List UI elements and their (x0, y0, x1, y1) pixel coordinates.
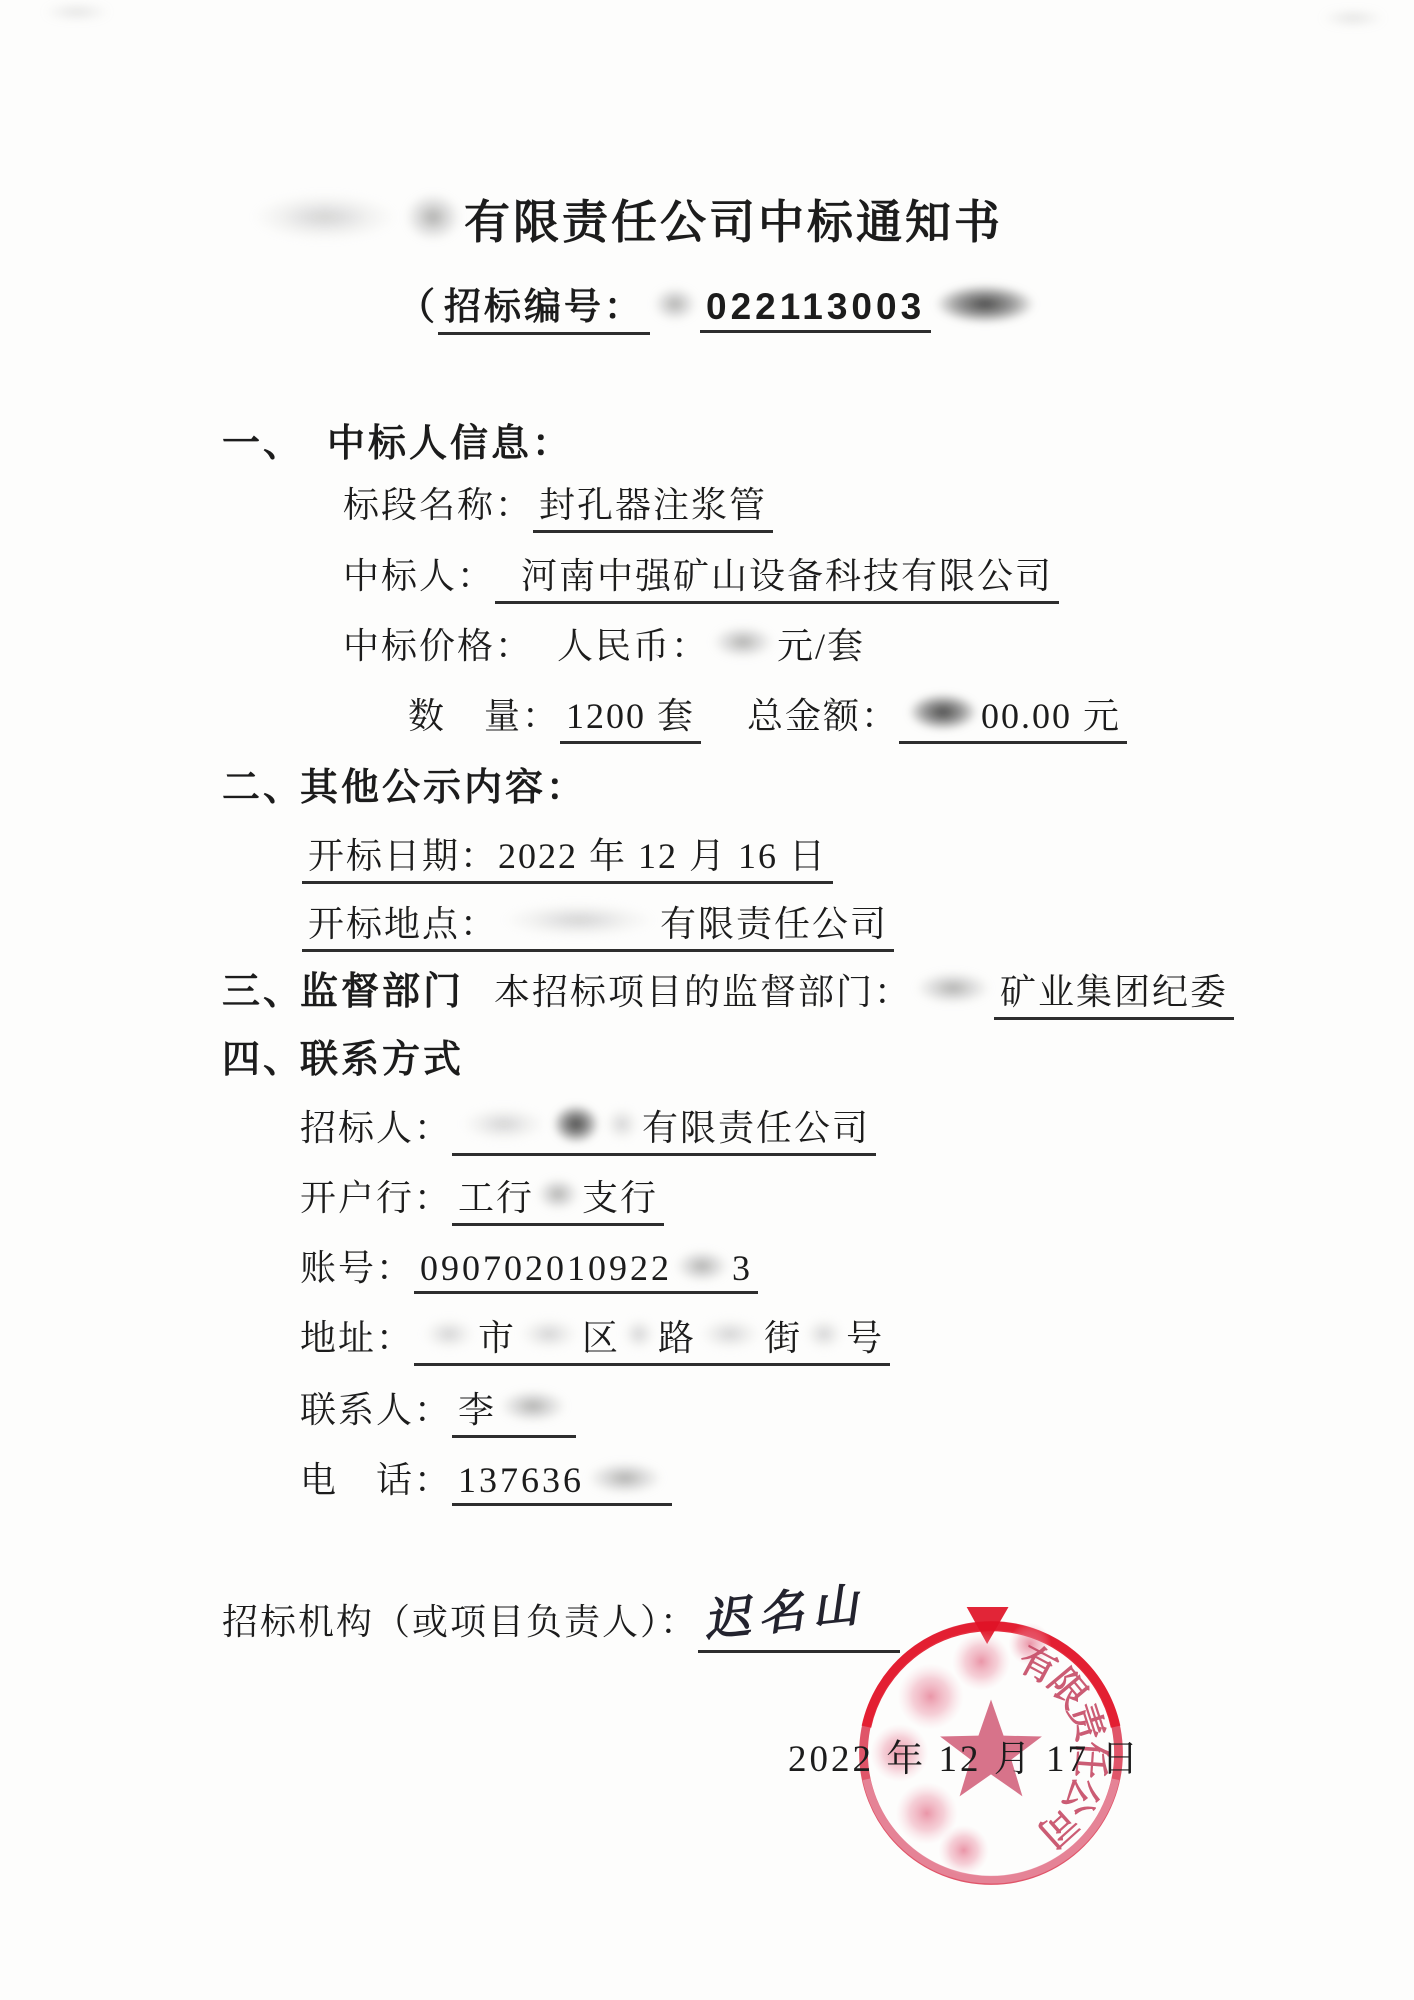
bidder-label: 招标人： (300, 1100, 452, 1151)
address-street: 街 (764, 1310, 802, 1361)
address-redaction (518, 1317, 580, 1351)
phone-value: 137636 (458, 1459, 584, 1501)
phone-row: 电 话： 137636 (300, 1452, 672, 1506)
scanned-document-page: 有限责任公司中标通知书 （ 招标编号： 022113003 一、 中标人信息： … (0, 0, 1414, 2000)
section-2-heading: 其他公示内容： (300, 756, 587, 811)
bidder-redaction (552, 1104, 600, 1144)
seal-redaction (898, 1663, 964, 1729)
lot-name-row: 标段名称： 封孔器注浆管 (343, 477, 773, 533)
winner-value: 河南中强矿山设备科技有限公司 (521, 548, 1053, 599)
contact-value: 李 (458, 1382, 496, 1433)
scan-noise (40, 4, 114, 20)
bidder-row: 招标人： 有限责任公司 (300, 1100, 876, 1156)
bank-label: 开户行： (300, 1170, 452, 1221)
tender-line: （ 招标编号： 022113003 (398, 276, 1039, 335)
address-redaction (804, 1317, 844, 1351)
section-1-heading: 中标人信息： (327, 412, 573, 467)
lot-name-label: 标段名称： (343, 477, 533, 528)
title-line: 有限责任公司中标通知书 (248, 186, 1003, 252)
bidder-redaction (460, 1106, 548, 1142)
bank-row: 开户行： 工行 支行 (300, 1170, 664, 1226)
tender-open-paren: （ (398, 276, 438, 330)
bank-value-tail: 支行 (582, 1170, 658, 1221)
open-date-label: 开标日期： (308, 828, 498, 879)
tender-redaction (933, 284, 1037, 324)
winner-row: 中标人： 河南中强矿山设备科技有限公司 (343, 548, 1059, 604)
seal-redaction (952, 1632, 1010, 1690)
winner-label: 中标人： (343, 548, 495, 599)
title-redaction (250, 192, 400, 242)
open-place-redaction (500, 902, 658, 938)
address-redaction (622, 1317, 656, 1351)
section-2-heading-line: 二、 其他公示内容： (222, 756, 587, 811)
open-date-value: 2022 年 12 月 16 日 (498, 828, 827, 879)
section-4-heading: 联系方式 (300, 1028, 464, 1083)
price-row: 中标价格： 人民币： 元/套 (343, 618, 865, 669)
signature: 迟名山 (700, 1568, 868, 1651)
total-redaction (907, 693, 979, 731)
price-unit: 元/套 (777, 618, 865, 669)
tender-number: 022113003 (706, 286, 925, 328)
quantity-label: 数 量： (408, 688, 560, 739)
section-2-number: 二、 (222, 756, 300, 811)
address-district: 区 (582, 1310, 620, 1361)
contact-row: 联系人： 李 (300, 1382, 576, 1438)
account-row: 账号： 090702010922 3 (300, 1240, 758, 1294)
supervision-value: 矿业集团纪委 (1000, 964, 1228, 1015)
bidder-value: 有限责任公司 (642, 1100, 870, 1151)
tender-redaction (652, 286, 698, 322)
phone-redaction (586, 1461, 664, 1495)
supervision-redaction (914, 971, 992, 1005)
account-tail: 3 (732, 1247, 752, 1289)
address-number: 号 (846, 1310, 884, 1361)
doc-title: 有限责任公司中标通知书 (464, 186, 1003, 252)
open-date-row: 开标日期： 2022 年 12 月 16 日 (302, 828, 833, 884)
lot-name-value: 封孔器注浆管 (539, 477, 767, 528)
section-4-heading-line: 四、 联系方式 (222, 1028, 464, 1083)
section-3-heading: 监督部门 (300, 960, 464, 1015)
address-redaction (698, 1317, 762, 1351)
address-road: 路 (658, 1310, 696, 1361)
address-row: 地址： 市 区 路 街 号 (300, 1310, 890, 1366)
tender-label: 招标编号： (444, 276, 644, 330)
section-3-line: 三、 监督部门 本招标项目的监督部门： 矿业集团纪委 (222, 960, 1234, 1020)
agency-row: 招标机构（或项目负责人）： 迟名山 (222, 1582, 900, 1653)
open-place-row: 开标地点： 有限责任公司 (302, 896, 894, 952)
address-redaction (422, 1317, 476, 1351)
contact-redaction (498, 1389, 568, 1423)
section-4-number: 四、 (222, 1028, 300, 1083)
account-redaction (674, 1249, 730, 1283)
supervision-text: 本招标项目的监督部门： (494, 964, 912, 1015)
phone-label: 电 话： (300, 1452, 452, 1503)
address-city: 市 (478, 1310, 516, 1361)
bidder-redaction (604, 1106, 640, 1142)
quantity-value: 1200 套 (566, 688, 695, 739)
account-value: 090702010922 (420, 1247, 672, 1289)
bank-redaction (536, 1177, 580, 1211)
section-1-heading-line: 一、 中标人信息： (222, 412, 573, 467)
scan-noise (1318, 10, 1388, 26)
address-label: 地址： (300, 1310, 414, 1361)
price-label: 中标价格： (343, 618, 533, 669)
price-redaction (711, 625, 775, 659)
contact-label: 联系人： (300, 1382, 452, 1433)
total-label: 总金额： (747, 688, 899, 739)
account-label: 账号： (300, 1240, 414, 1291)
title-redaction (404, 192, 462, 242)
issue-date: 2022 年 12 月 17 日 (788, 1728, 1141, 1782)
section-3-number: 三、 (222, 960, 300, 1015)
total-value: 00.00 元 (981, 688, 1121, 739)
open-place-label: 开标地点： (308, 896, 498, 947)
quantity-row: 数 量： 1200 套 总金额： 00.00 元 (408, 688, 1127, 744)
price-currency-label: 人民币： (557, 618, 709, 669)
agency-label: 招标机构（或项目负责人）： (222, 1594, 698, 1645)
bank-value-head: 工行 (458, 1170, 534, 1221)
seal-redaction (938, 1825, 989, 1876)
section-1-number: 一、 (222, 412, 327, 467)
open-place-value: 有限责任公司 (660, 896, 888, 947)
